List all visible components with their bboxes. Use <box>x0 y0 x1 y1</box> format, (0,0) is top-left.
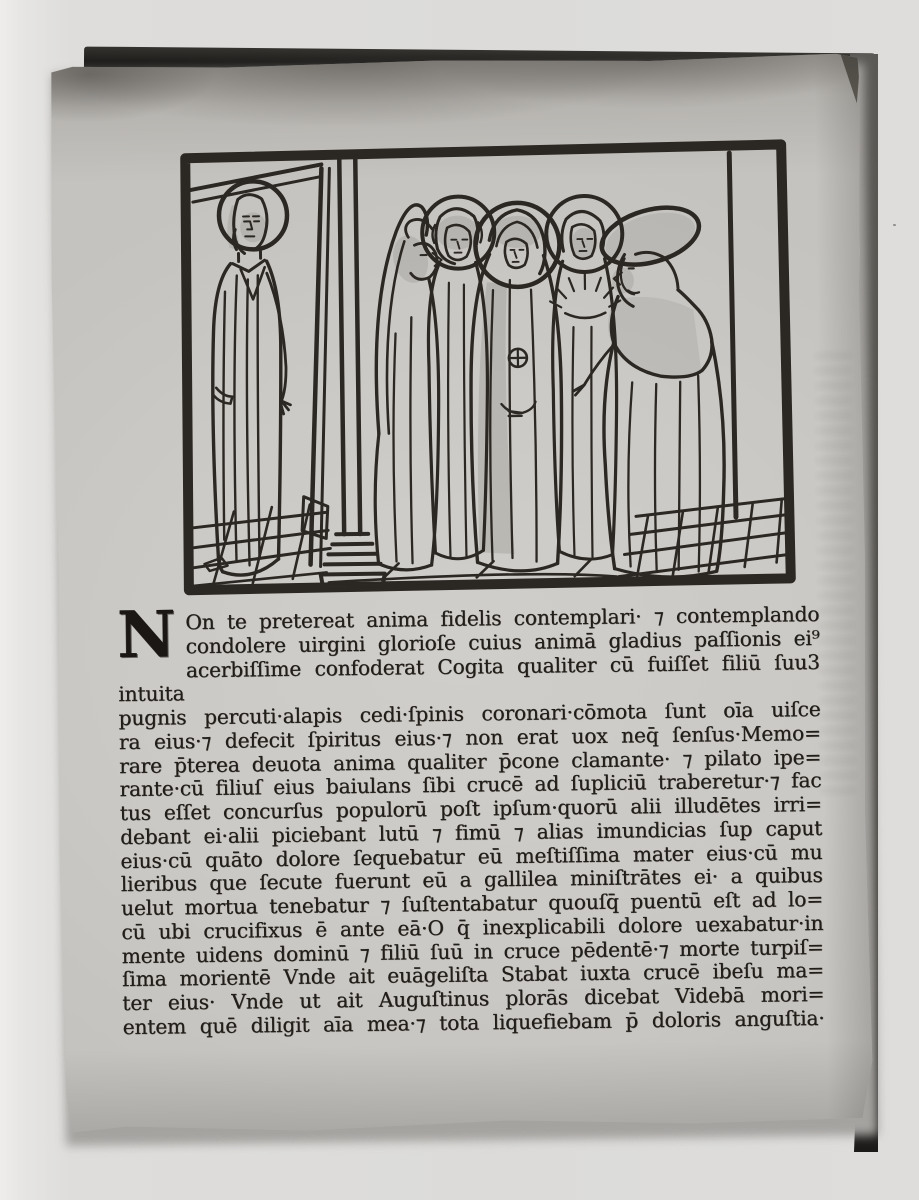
dust-speck <box>893 224 896 226</box>
photo-of-book-page: N On te pretereat anima fidelis contempl… <box>0 0 919 1200</box>
woodcut-illustration <box>171 128 819 606</box>
verso-show-through <box>816 354 856 794</box>
latin-text-block: N On te pretereat anima fidelis contempl… <box>117 603 825 1040</box>
book-page: N On te pretereat anima fidelis contempl… <box>48 53 874 1136</box>
lombard-initial: N <box>117 613 178 660</box>
page-curl <box>646 26 908 54</box>
